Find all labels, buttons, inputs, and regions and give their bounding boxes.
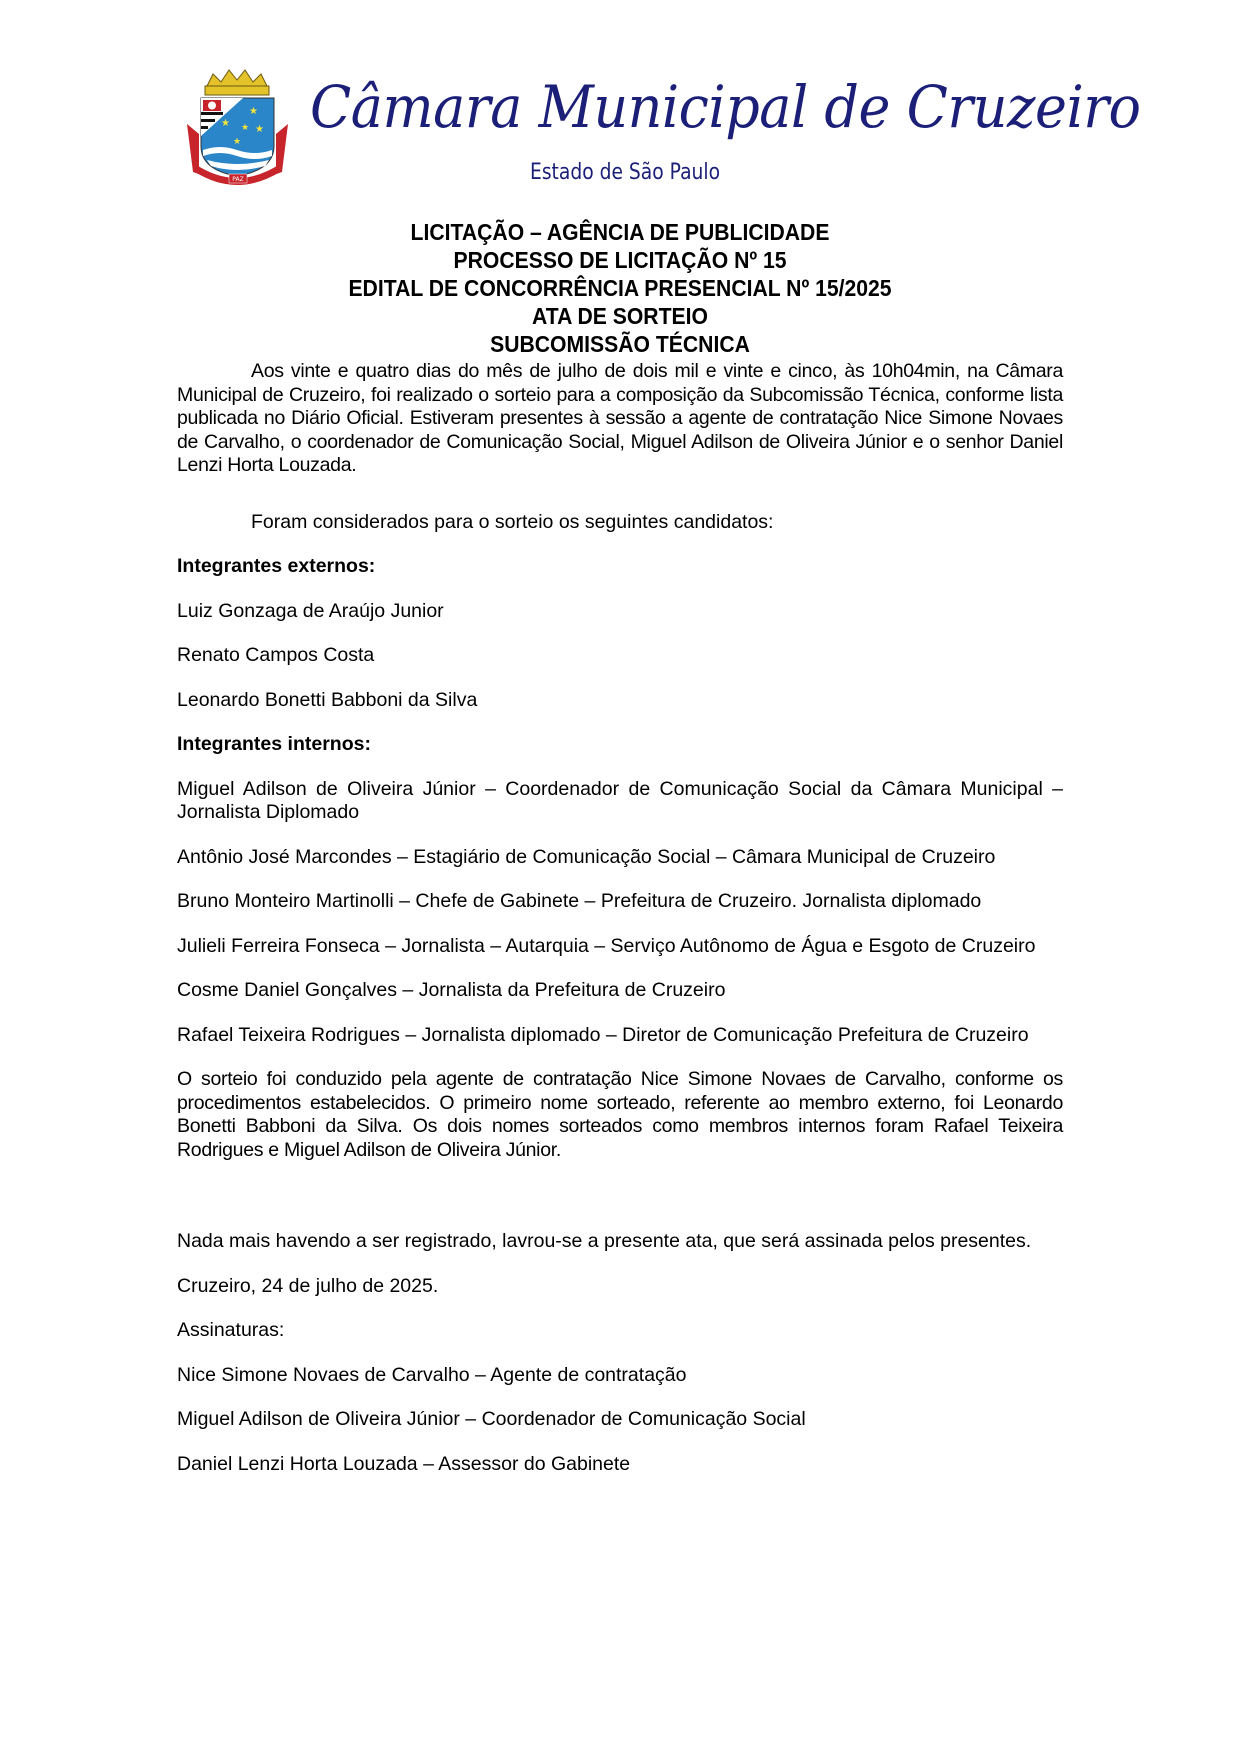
external-candidate: Leonardo Bonetti Babboni da Silva: [177, 689, 1063, 713]
internal-candidate: Bruno Monteiro Martinolli – Chefe de Gab…: [177, 890, 1063, 914]
internal-candidate: Julieli Ferreira Fonseca – Jornalista – …: [177, 935, 1063, 959]
internal-candidate: Miguel Adilson de Oliveira Júnior – Coor…: [177, 778, 1063, 825]
svg-text:★: ★: [221, 118, 230, 129]
document-title-block: LICITAÇÃO – AGÊNCIA DE PUBLICIDADE PROCE…: [212, 218, 1027, 358]
result-paragraph: O sorteio foi conduzido pela agente de c…: [177, 1068, 1063, 1162]
internal-candidate: Antônio José Marcondes – Estagiário de C…: [177, 846, 1063, 870]
title-line-2: PROCESSO DE LICITAÇÃO Nº 15: [212, 246, 1027, 274]
letterhead: ★ ★ ★ ★ ★ PAZ Câmara Municipal de Cruzei…: [185, 68, 1065, 198]
candidates-intro: Foram considerados para o sorteio os seg…: [177, 511, 1063, 535]
svg-text:★: ★: [233, 136, 241, 146]
title-line-5: SUBCOMISSÃO TÉCNICA: [212, 330, 1027, 358]
svg-text:PAZ: PAZ: [232, 176, 243, 183]
svg-text:★: ★: [249, 106, 258, 117]
internal-candidate: Rafael Teixeira Rodrigues – Jornalista d…: [177, 1024, 1063, 1048]
signature-line: Daniel Lenzi Horta Louzada – Assessor do…: [177, 1453, 1063, 1477]
internal-heading: Integrantes internos:: [177, 733, 1063, 757]
signature-line: Miguel Adilson de Oliveira Júnior – Coor…: [177, 1408, 1063, 1432]
intro-paragraph: Aos vinte e quatro dias do mês de julho …: [177, 360, 1063, 478]
svg-text:★: ★: [241, 122, 249, 132]
signature-line: Nice Simone Novaes de Carvalho – Agente …: [177, 1364, 1063, 1388]
state-name: Estado de São Paulo: [530, 160, 720, 185]
external-heading: Integrantes externos:: [177, 555, 1063, 579]
title-line-3: EDITAL DE CONCORRÊNCIA PRESENCIAL Nº 15/…: [212, 274, 1027, 302]
institution-name: Câmara Municipal de Cruzeiro: [310, 73, 1141, 141]
svg-text:★: ★: [255, 124, 264, 135]
external-candidate: Renato Campos Costa: [177, 644, 1063, 668]
title-line-1: LICITAÇÃO – AGÊNCIA DE PUBLICIDADE: [212, 218, 1027, 246]
internal-candidate: Cosme Daniel Gonçalves – Jornalista da P…: [177, 979, 1063, 1003]
coat-of-arms-icon: ★ ★ ★ ★ ★ PAZ: [185, 68, 290, 186]
date-line: Cruzeiro, 24 de julho de 2025.: [177, 1275, 1063, 1299]
external-candidate: Luiz Gonzaga de Araújo Junior: [177, 600, 1063, 624]
title-line-4: ATA DE SORTEIO: [212, 302, 1027, 330]
document-body: Aos vinte e quatro dias do mês de julho …: [177, 360, 1063, 1476]
signatures-heading: Assinaturas:: [177, 1319, 1063, 1343]
closing-paragraph: Nada mais havendo a ser registrado, lavr…: [177, 1230, 1063, 1254]
